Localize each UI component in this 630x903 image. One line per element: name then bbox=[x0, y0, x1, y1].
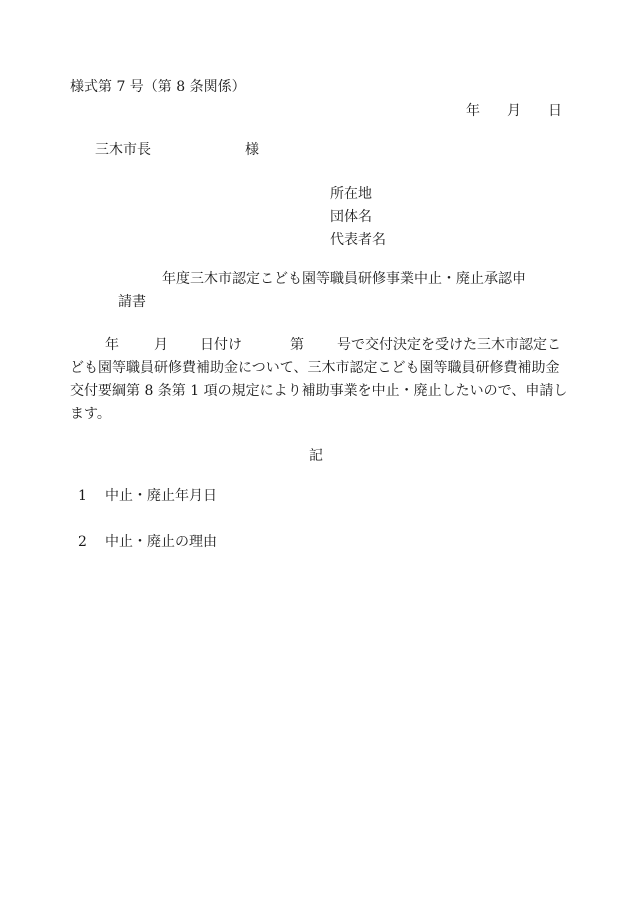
body-line-3: 交付要綱第 8 条第 1 項の規定により補助事業を中止・廃止したいので、申請し bbox=[70, 380, 562, 403]
sender-address-label: 所在地 bbox=[330, 183, 562, 206]
body-line-1-rest: 号で交付決定を受けた三木市認定こ bbox=[337, 334, 561, 357]
recipient-honorific: 様 bbox=[245, 139, 259, 162]
document-page: 様式第 7 号（第 8 条関係） 年 月 日 三木市長 様 所在地 団体名 代表… bbox=[0, 0, 630, 903]
body-paragraph: 年 月 日付け 第 号で交付決定を受けた三木市認定こ ども園等職員研修費補助金に… bbox=[70, 334, 562, 426]
recipient-line: 三木市長 様 bbox=[70, 139, 562, 162]
document-title: 年度三木市認定こども園等職員研修事業中止・廃止承認申 請書 bbox=[70, 268, 562, 314]
item-1-number: 1 bbox=[78, 485, 105, 508]
date-day-label: 日 bbox=[548, 100, 562, 123]
item-2-label: 中止・廃止の理由 bbox=[105, 531, 217, 554]
body-line-2: ども園等職員研修費補助金について、三木市認定こども園等職員研修費補助金 bbox=[70, 357, 562, 380]
body-line-4: ます。 bbox=[70, 403, 562, 426]
item-2-number: 2 bbox=[78, 531, 105, 554]
sender-block: 所在地 団体名 代表者名 bbox=[70, 183, 562, 252]
list-item-1: 1 中止・廃止年月日 bbox=[70, 485, 562, 508]
body-day-label: 日付け bbox=[200, 334, 242, 357]
date-line: 年 月 日 bbox=[70, 100, 562, 123]
recipient-name: 三木市長 bbox=[95, 139, 151, 162]
date-year-label: 年 bbox=[466, 100, 480, 123]
body-month-label: 月 bbox=[154, 334, 168, 357]
body-line-1: 年 月 日付け 第 号で交付決定を受けた三木市認定こ bbox=[70, 334, 562, 357]
date-month-label: 月 bbox=[507, 100, 521, 123]
document-title-line-2: 請書 bbox=[70, 291, 562, 314]
document-title-line-1: 年度三木市認定こども園等職員研修事業中止・廃止承認申 bbox=[70, 268, 562, 291]
form-number: 様式第 7 号（第 8 条関係） bbox=[70, 76, 562, 99]
body-number-prefix: 第 bbox=[290, 334, 304, 357]
body-year-label: 年 bbox=[105, 334, 119, 357]
record-marker: 記 bbox=[70, 445, 562, 468]
sender-organization-label: 団体名 bbox=[330, 206, 562, 229]
item-1-label: 中止・廃止年月日 bbox=[105, 485, 217, 508]
list-item-2: 2 中止・廃止の理由 bbox=[70, 531, 562, 554]
sender-representative-label: 代表者名 bbox=[330, 229, 562, 252]
